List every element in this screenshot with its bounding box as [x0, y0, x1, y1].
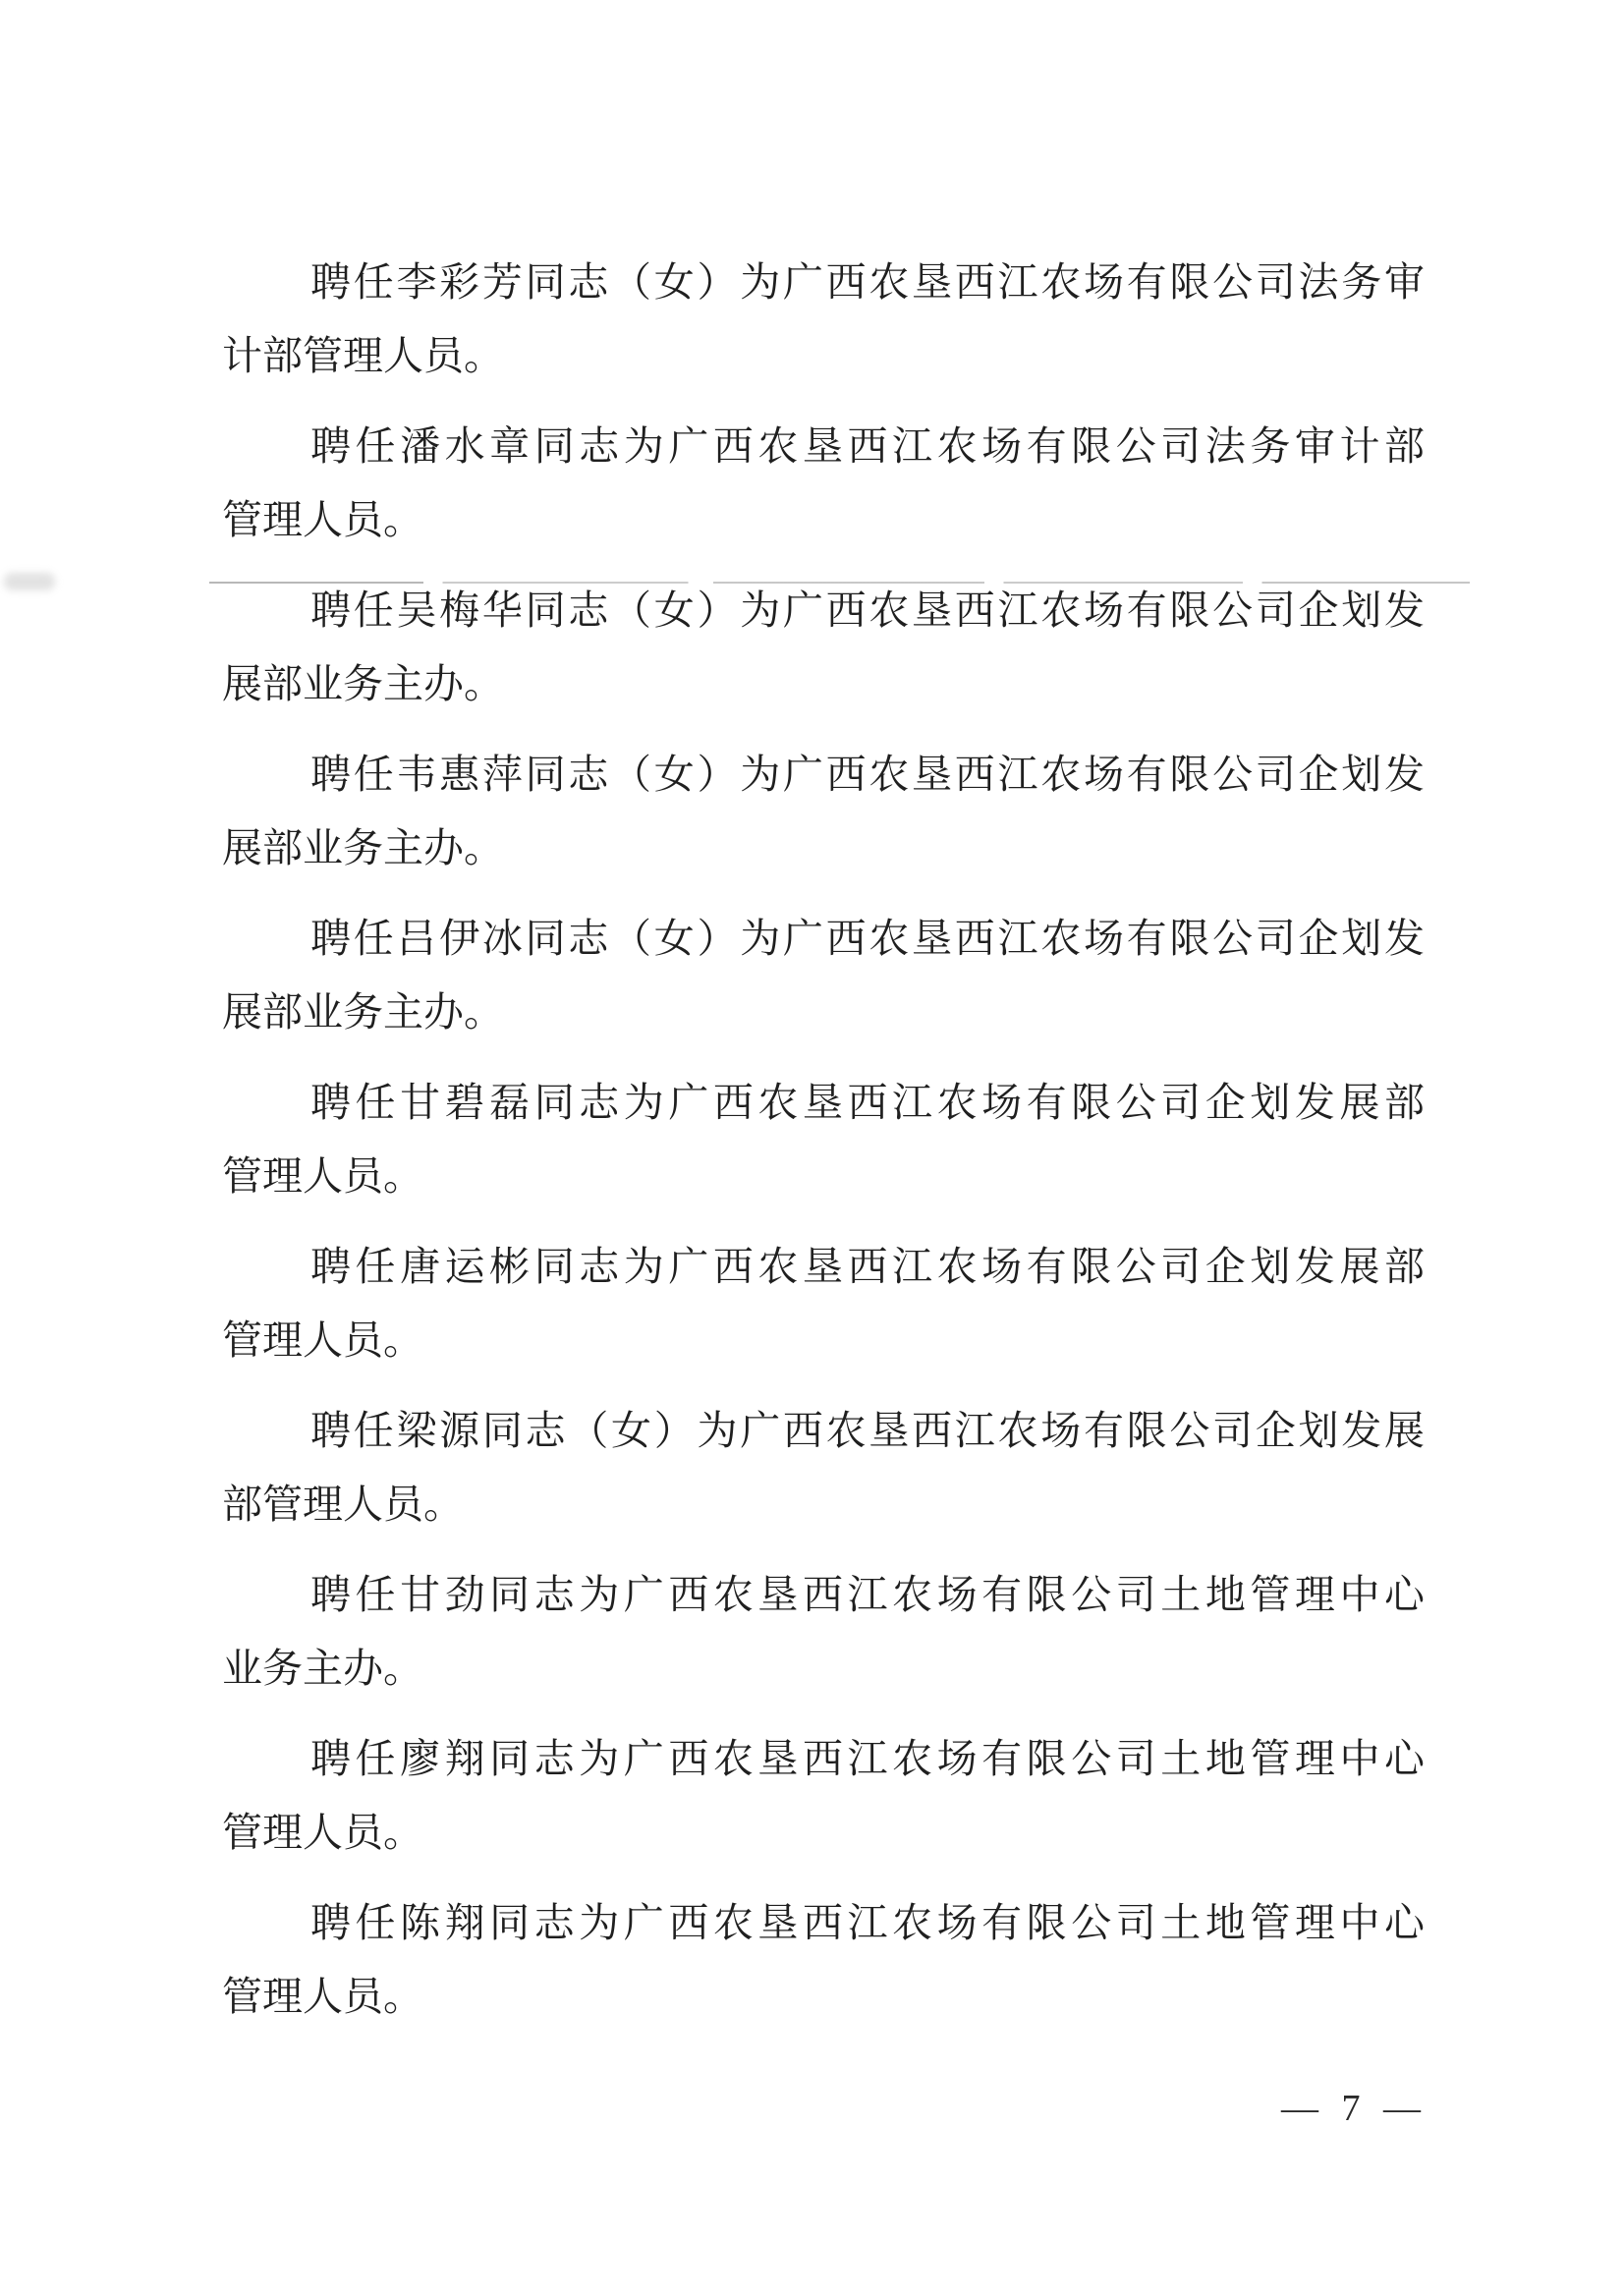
- paragraph-line: 管理人员。: [222, 1304, 1425, 1377]
- paragraph-line: 管理人员。: [222, 1796, 1425, 1870]
- appointment-paragraph: 聘任潘水章同志为广西农垦西江农场有限公司法务审计部 管理人员。: [222, 410, 1425, 557]
- appointment-paragraph: 聘任廖翔同志为广西农垦西江农场有限公司土地管理中心 管理人员。: [222, 1722, 1425, 1870]
- paragraph-line: 聘任潘水章同志为广西农垦西江农场有限公司法务审计部: [222, 410, 1425, 483]
- paragraph-line: 展部业务主办。: [222, 647, 1425, 721]
- scan-artifact-smudge: [4, 573, 55, 590]
- paragraph-line: 管理人员。: [222, 483, 1425, 557]
- paragraph-line: 聘任廖翔同志为广西农垦西江农场有限公司土地管理中心: [222, 1722, 1425, 1796]
- paragraph-line: 聘任梁源同志（女）为广西农垦西江农场有限公司企划发展: [222, 1394, 1425, 1468]
- appointment-paragraph: 聘任甘碧磊同志为广西农垦西江农场有限公司企划发展部 管理人员。: [222, 1066, 1425, 1213]
- paragraph-line: 聘任唐运彬同志为广西农垦西江农场有限公司企划发展部: [222, 1230, 1425, 1304]
- paragraph-line: 聘任甘劲同志为广西农垦西江农场有限公司土地管理中心: [222, 1558, 1425, 1632]
- appointment-paragraph: 聘任唐运彬同志为广西农垦西江农场有限公司企划发展部 管理人员。: [222, 1230, 1425, 1377]
- appointment-paragraph: 聘任吴梅华同志（女）为广西农垦西江农场有限公司企划发 展部业务主办。: [222, 574, 1425, 721]
- paragraph-line: 聘任陈翔同志为广西农垦西江农场有限公司土地管理中心: [222, 1886, 1425, 1960]
- appointment-paragraph: 聘任甘劲同志为广西农垦西江农场有限公司土地管理中心 业务主办。: [222, 1558, 1425, 1706]
- page-number: — 7 —: [1281, 2087, 1428, 2130]
- paragraph-line: 聘任韦惠萍同志（女）为广西农垦西江农场有限公司企划发: [222, 738, 1425, 812]
- paragraph-line: 聘任吴梅华同志（女）为广西农垦西江农场有限公司企划发: [222, 574, 1425, 647]
- appointment-paragraph: 聘任韦惠萍同志（女）为广西农垦西江农场有限公司企划发 展部业务主办。: [222, 738, 1425, 885]
- paragraph-line: 聘任吕伊冰同志（女）为广西农垦西江农场有限公司企划发: [222, 902, 1425, 976]
- paragraph-line: 聘任李彩芳同志（女）为广西农垦西江农场有限公司法务审: [222, 246, 1425, 319]
- paragraph-line: 展部业务主办。: [222, 976, 1425, 1049]
- appointment-paragraph: 聘任陈翔同志为广西农垦西江农场有限公司土地管理中心 管理人员。: [222, 1886, 1425, 2034]
- paragraph-line: 管理人员。: [222, 1960, 1425, 2034]
- appointment-paragraph: 聘任李彩芳同志（女）为广西农垦西江农场有限公司法务审 计部管理人员。: [222, 246, 1425, 393]
- appointment-paragraph: 聘任吕伊冰同志（女）为广西农垦西江农场有限公司企划发 展部业务主办。: [222, 902, 1425, 1049]
- paragraph-line: 聘任甘碧磊同志为广西农垦西江农场有限公司企划发展部: [222, 1066, 1425, 1140]
- appointment-paragraph: 聘任梁源同志（女）为广西农垦西江农场有限公司企划发展 部管理人员。: [222, 1394, 1425, 1541]
- document-body: 聘任李彩芳同志（女）为广西农垦西江农场有限公司法务审 计部管理人员。 聘任潘水章…: [222, 246, 1425, 2050]
- paragraph-line: 计部管理人员。: [222, 319, 1425, 393]
- document-page: { "document": { "colors": { "background"…: [0, 0, 1624, 2295]
- paragraph-line: 业务主办。: [222, 1632, 1425, 1706]
- paragraph-line: 展部业务主办。: [222, 812, 1425, 885]
- paragraph-line: 管理人员。: [222, 1140, 1425, 1213]
- paragraph-line: 部管理人员。: [222, 1468, 1425, 1541]
